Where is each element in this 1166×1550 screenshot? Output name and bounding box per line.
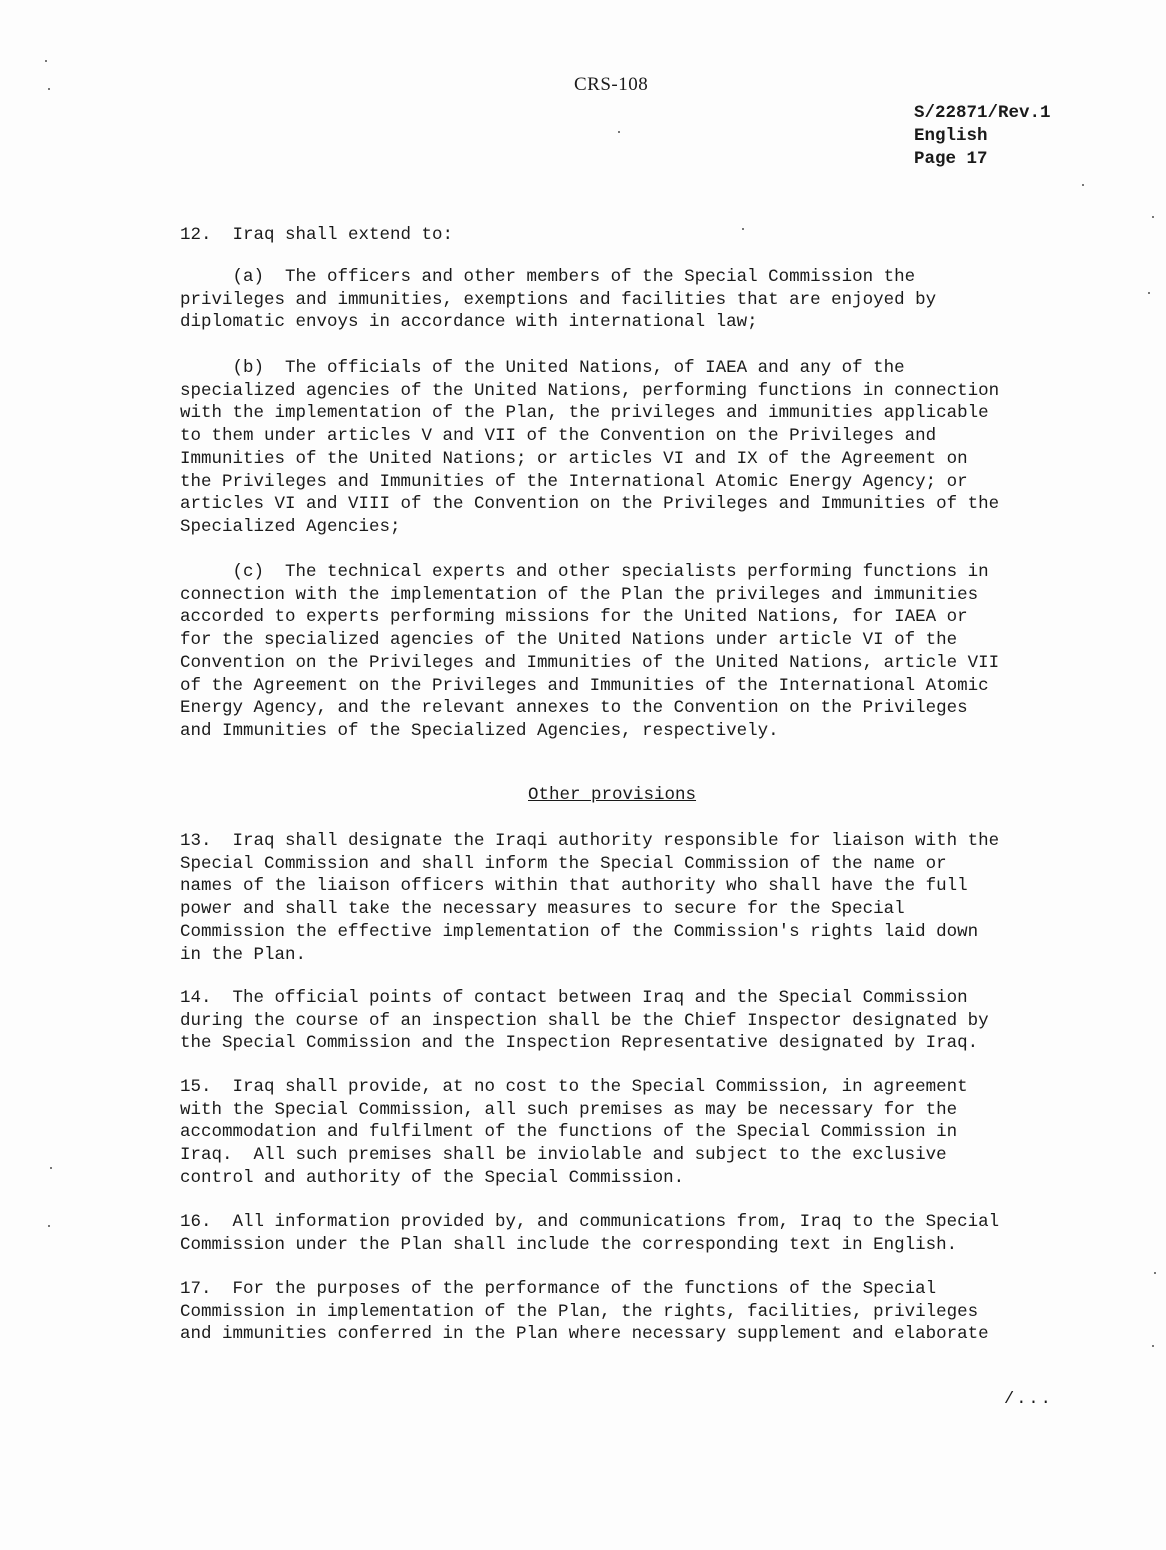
- text-line: 14. The official points of contact betwe…: [180, 987, 1080, 1010]
- document-reference: S/22871/Rev.1 English Page 17: [914, 102, 1051, 171]
- scan-speck: [1148, 292, 1150, 294]
- paragraph-12a: (a) The officers and other members of th…: [180, 266, 1080, 334]
- text-line: 13. Iraq shall designate the Iraqi autho…: [180, 830, 1080, 853]
- text-line: in the Plan.: [180, 944, 1080, 967]
- text-line: and Immunities of the Specialized Agenci…: [180, 720, 1080, 743]
- text-line: 17. For the purposes of the performance …: [180, 1278, 1080, 1301]
- text-line: power and shall take the necessary measu…: [180, 898, 1080, 921]
- text-line: Commission in implementation of the Plan…: [180, 1301, 1080, 1324]
- paragraph-13: 13. Iraq shall designate the Iraqi autho…: [180, 830, 1080, 966]
- paragraph-15: 15. Iraq shall provide, at no cost to th…: [180, 1076, 1080, 1190]
- paragraph-12: 12. Iraq shall extend to:: [180, 224, 1080, 247]
- text-line: the Special Commission and the Inspectio…: [180, 1032, 1080, 1055]
- text-line: accorded to experts performing missions …: [180, 606, 1080, 629]
- paragraph-16: 16. All information provided by, and com…: [180, 1211, 1080, 1256]
- text-line: Commission the effective implementation …: [180, 921, 1080, 944]
- report-id: CRS-108: [574, 74, 648, 96]
- text-line: Specialized Agencies;: [180, 516, 1080, 539]
- text-line: names of the liaison officers within tha…: [180, 875, 1080, 898]
- scan-speck: [1152, 216, 1154, 218]
- scan-speck: [1154, 1272, 1156, 1274]
- text-line: for the specialized agencies of the Unit…: [180, 629, 1080, 652]
- text-line: with the implementation of the Plan, the…: [180, 402, 1080, 425]
- text-line: with the Special Commission, all such pr…: [180, 1099, 1080, 1122]
- scan-speck: [618, 131, 620, 133]
- text-line: during the course of an inspection shall…: [180, 1010, 1080, 1033]
- doc-language: English: [914, 125, 1051, 148]
- text-line: Commission under the Plan shall include …: [180, 1234, 1080, 1257]
- text-line: Energy Agency, and the relevant annexes …: [180, 697, 1080, 720]
- text-line: 12. Iraq shall extend to:: [180, 224, 1080, 247]
- scan-speck: [742, 228, 744, 230]
- page-number: Page 17: [914, 148, 1051, 171]
- paragraph-12b: (b) The officials of the United Nations,…: [180, 357, 1080, 539]
- scan-speck: [50, 1167, 52, 1169]
- text-line: privileges and immunities, exemptions an…: [180, 289, 1080, 312]
- text-line: 16. All information provided by, and com…: [180, 1211, 1080, 1234]
- text-line: Special Commission and shall inform the …: [180, 853, 1080, 876]
- paragraph-17: 17. For the purposes of the performance …: [180, 1278, 1080, 1346]
- scan-speck: [1082, 184, 1084, 186]
- scan-speck: [1152, 1345, 1154, 1347]
- text-line: (b) The officials of the United Nations,…: [180, 357, 1080, 380]
- document-page: CRS-108 S/22871/Rev.1 English Page 17 12…: [0, 0, 1166, 1550]
- text-line: connection with the implementation of th…: [180, 584, 1080, 607]
- text-line: control and authority of the Special Com…: [180, 1167, 1080, 1190]
- text-line: of the Agreement on the Privileges and I…: [180, 675, 1080, 698]
- text-line: the Privileges and Immunities of the Int…: [180, 471, 1080, 494]
- paragraph-12c: (c) The technical experts and other spec…: [180, 561, 1080, 743]
- text-line: specialized agencies of the United Natio…: [180, 380, 1080, 403]
- text-line: to them under articles V and VII of the …: [180, 425, 1080, 448]
- text-line: (c) The technical experts and other spec…: [180, 561, 1080, 584]
- text-line: Iraq. All such premises shall be inviola…: [180, 1144, 1080, 1167]
- text-line: articles VI and VIII of the Convention o…: [180, 493, 1080, 516]
- paragraph-14: 14. The official points of contact betwe…: [180, 987, 1080, 1055]
- doc-symbol: S/22871/Rev.1: [914, 102, 1051, 125]
- scan-speck: [45, 60, 47, 62]
- text-line: and immunities conferred in the Plan whe…: [180, 1323, 1080, 1346]
- scan-speck: [48, 88, 50, 90]
- text-line: accommodation and fulfilment of the func…: [180, 1121, 1080, 1144]
- text-line: Immunities of the United Nations; or art…: [180, 448, 1080, 471]
- section-title: Other provisions: [528, 785, 696, 805]
- text-line: (a) The officers and other members of th…: [180, 266, 1080, 289]
- text-line: 15. Iraq shall provide, at no cost to th…: [180, 1076, 1080, 1099]
- text-line: Convention on the Privileges and Immunit…: [180, 652, 1080, 675]
- continuation-mark: /...: [1004, 1390, 1053, 1409]
- text-line: diplomatic envoys in accordance with int…: [180, 311, 1080, 334]
- scan-speck: [48, 1225, 50, 1227]
